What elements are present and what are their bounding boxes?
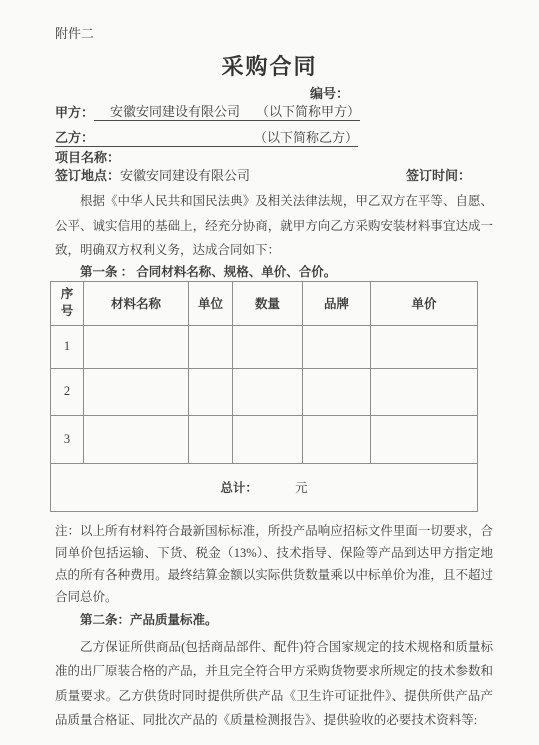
row-2-unit bbox=[189, 368, 233, 415]
table-row: 1 bbox=[51, 325, 478, 368]
header-brand: 品牌 bbox=[303, 281, 371, 325]
total-cell: 总计： 元 bbox=[51, 463, 478, 511]
sign-place-label: 签订地点： bbox=[55, 168, 120, 183]
row-1-brand bbox=[303, 325, 371, 368]
clause-2-body: 乙方保证所供商品(包括商品部件、配件)符合国家规定的技术规格和质量标准的出厂原装… bbox=[55, 635, 493, 733]
row-2-name bbox=[84, 368, 189, 415]
sign-place-value: 安徽安同建设有限公司 bbox=[120, 168, 250, 183]
row-1-seq: 1 bbox=[51, 325, 84, 368]
materials-table: 序号 材料名称 单位 数量 品牌 单价 1 2 bbox=[50, 281, 478, 512]
row-1-name bbox=[84, 325, 189, 368]
contract-number-label: 编号： bbox=[310, 86, 539, 102]
header-material-name: 材料名称 bbox=[84, 281, 189, 325]
party-a-blank-line: 安徽安同建设有限公司 （以下简称甲方） bbox=[94, 101, 360, 121]
party-a-value: 安徽安同建设有限公司 bbox=[94, 101, 256, 120]
party-a-suffix: （以下简称甲方） bbox=[256, 101, 360, 120]
contract-page: 附件二 采购合同 编号： 甲方： 安徽安同建设有限公司 （以下简称甲方） 乙方：… bbox=[0, 0, 539, 745]
party-b-label: 乙方： bbox=[55, 127, 94, 146]
party-b-blank-line: 乙方： （以下简称乙方） bbox=[55, 127, 358, 147]
total-label: 总计： bbox=[220, 481, 258, 495]
row-3-price bbox=[371, 415, 478, 463]
table-total-row: 总计： 元 bbox=[51, 463, 478, 511]
header-unit: 单位 bbox=[189, 281, 233, 325]
note-paragraph: 注：以上所有材料符合最新国标标准，所投产品响应招标文件里面一切要求，合同单价包括… bbox=[55, 520, 493, 608]
row-1-price bbox=[371, 325, 478, 368]
project-name-row: 项目名称： bbox=[55, 150, 539, 165]
row-3-qty bbox=[233, 415, 303, 463]
total-unit: 元 bbox=[295, 481, 308, 495]
party-b-value bbox=[94, 127, 254, 146]
preamble-paragraph: 根据《中华人民共和国民法典》及相关法律法规，甲乙双方在平等、自愿、公平、诚实信用… bbox=[55, 189, 493, 263]
row-2-brand bbox=[303, 368, 371, 415]
project-name-label: 项目名称： bbox=[55, 150, 120, 165]
table-row: 3 bbox=[51, 415, 478, 463]
clause-2-title: 第二条：产品质量标准。 bbox=[55, 612, 493, 628]
row-1-unit bbox=[189, 325, 233, 368]
row-3-name bbox=[84, 415, 189, 463]
signing-info-row: 签订地点： 安徽安同建设有限公司 签订时间： bbox=[55, 168, 485, 183]
attachment-label: 附件二 bbox=[55, 26, 539, 42]
header-quantity: 数量 bbox=[233, 281, 303, 325]
row-3-brand bbox=[303, 415, 371, 463]
party-b-suffix: （以下简称乙方） bbox=[254, 127, 358, 146]
row-2-seq: 2 bbox=[51, 368, 84, 415]
header-seq: 序号 bbox=[51, 281, 84, 325]
sign-time-label: 签订时间： bbox=[406, 168, 471, 183]
header-unit-price: 单价 bbox=[371, 281, 478, 325]
row-2-qty bbox=[233, 368, 303, 415]
party-a-row: 甲方： 安徽安同建设有限公司 （以下简称甲方） bbox=[55, 104, 539, 121]
party-b-row: 乙方： （以下简称乙方） bbox=[55, 130, 539, 147]
row-1-qty bbox=[233, 325, 303, 368]
table-header-row: 序号 材料名称 单位 数量 品牌 单价 bbox=[51, 281, 478, 325]
page-title: 采购合同 bbox=[0, 52, 539, 82]
clause-1-title: 第一条 ： 合同材料名称、规格、单价、合价。 bbox=[55, 264, 493, 280]
row-2-price bbox=[371, 368, 478, 415]
row-3-unit bbox=[189, 415, 233, 463]
row-3-seq: 3 bbox=[51, 415, 84, 463]
party-a-label: 甲方： bbox=[55, 102, 94, 121]
table-row: 2 bbox=[51, 368, 478, 415]
